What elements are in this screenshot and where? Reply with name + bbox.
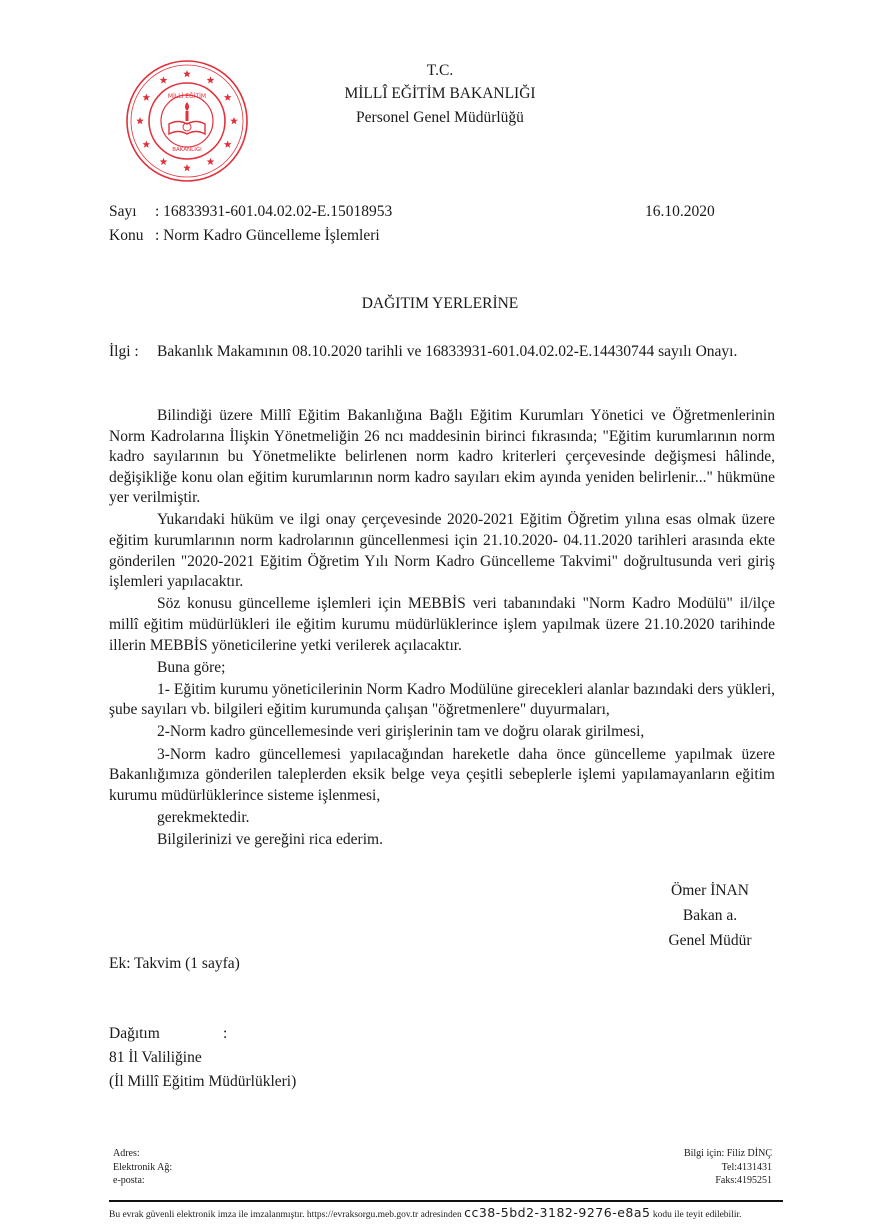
footer-email: e-posta: [113, 1174, 172, 1188]
ilgi-section: İlgi :Bakanlık Makamının 08.10.2020 tari… [109, 342, 769, 362]
body-list-item: 2-Norm kadro güncellemesinde veri girişl… [109, 722, 775, 743]
konu-row: Konu: Norm Kadro Güncelleme İşlemleri [109, 227, 380, 245]
verification-suffix: kodu ile teyit edilebilir. [650, 1210, 741, 1220]
distribution-colon: : [223, 1025, 227, 1042]
distribution-line: 81 İl Valiliğine [109, 1046, 296, 1070]
document-date: 16.10.2020 [645, 203, 715, 221]
konu-value: : Norm Kadro Güncelleme İşlemleri [155, 227, 380, 244]
footer-contact-right: Bilgi için: Filiz DİNÇ Tel:4131431 Faks:… [640, 1147, 772, 1188]
footer-network: Elektronik Ağ: [113, 1161, 172, 1175]
distribution-block: Dağıtım: 81 İl Valiliğine (İl Millî Eğit… [109, 1022, 296, 1094]
sayi-row: Sayı: 16833931-601.04.02.02-E.15018953 [109, 203, 392, 221]
verification-line: Bu evrak güvenli elektronik imza ile imz… [109, 1205, 789, 1220]
body-paragraph: Bilindiği üzere Millî Eğitim Bakanlığına… [109, 406, 775, 509]
svg-text:MİLLİ EĞİTİM: MİLLİ EĞİTİM [168, 93, 206, 100]
signer-title-1: Bakan a. [640, 903, 780, 928]
header-department: Personel Genel Müdürlüğü [290, 109, 590, 127]
footer-info-contact: Bilgi için: Filiz DİNÇ [640, 1147, 772, 1161]
ilgi-label: İlgi : [109, 342, 157, 362]
verification-prefix: Bu evrak güvenli elektronik imza ile imz… [109, 1210, 464, 1220]
body-paragraph: Söz konusu güncelleme işlemleri için MEB… [109, 594, 775, 656]
body-paragraph: Yukarıdaki hüküm ve ilgi onay çerçevesin… [109, 510, 775, 592]
addressee-title: DAĞITIM YERLERİNE [0, 295, 880, 313]
distribution-label: Dağıtım [109, 1022, 223, 1046]
header-tc: T.C. [290, 62, 590, 80]
svg-text:BAKANLIĞI: BAKANLIĞI [172, 146, 202, 153]
signer-title-2: Genel Müdür [640, 928, 780, 953]
footer-contact-left: Adres: Elektronik Ağ: e-posta: [113, 1147, 172, 1188]
signature-block: Ömer İNAN Bakan a. Genel Müdür [640, 878, 780, 953]
meb-seal-logo: MİLLİ EĞİTİM BAKANLIĞI [117, 58, 257, 184]
header-ministry: MİLLÎ EĞİTİM BAKANLIĞI [290, 85, 590, 103]
body-list-item: 1- Eğitim kurumu yöneticilerinin Norm Ka… [109, 680, 775, 721]
sayi-label: Sayı [109, 203, 155, 221]
footer-address: Adres: [113, 1147, 172, 1161]
signer-name: Ömer İNAN [640, 878, 780, 903]
body-paragraph: Buna göre; [109, 658, 775, 679]
attachment-line: Ek: Takvim (1 sayfa) [109, 955, 240, 973]
body-closing: Bilgilerinizi ve gereğini rica ederim. [109, 830, 775, 851]
letter-body: Bilindiği üzere Millî Eğitim Bakanlığına… [109, 406, 775, 852]
verification-code: cc38-5bd2-3182-9276-e8a5 [464, 1205, 650, 1220]
distribution-line: (İl Millî Eğitim Müdürlükleri) [109, 1070, 296, 1094]
body-list-item: 3-Norm kadro güncellemesi yapılacağından… [109, 745, 775, 807]
ilgi-text: Bakanlık Makamının 08.10.2020 tarihli ve… [157, 342, 757, 362]
meb-seal-icon: MİLLİ EĞİTİM BAKANLIĞI [117, 58, 257, 184]
sayi-value: : 16833931-601.04.02.02-E.15018953 [155, 203, 392, 220]
konu-label: Konu [109, 227, 155, 245]
footer-fax: Faks:4195251 [640, 1174, 772, 1188]
footer-divider [109, 1200, 783, 1202]
footer-phone: Tel:4131431 [640, 1161, 772, 1175]
body-paragraph: gerekmektedir. [109, 808, 775, 829]
